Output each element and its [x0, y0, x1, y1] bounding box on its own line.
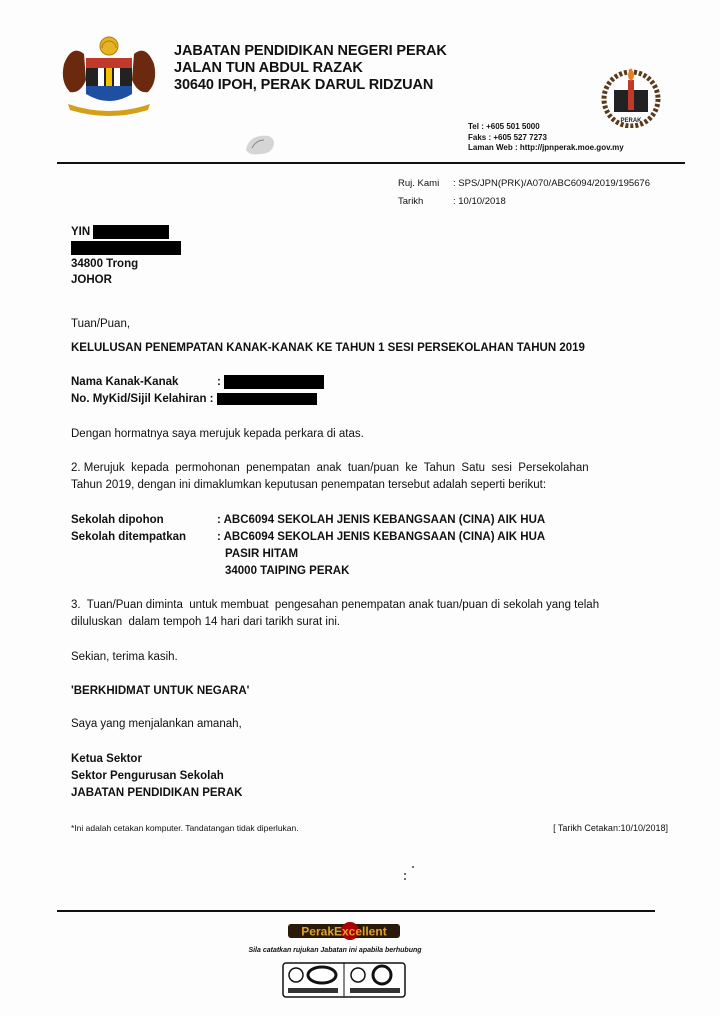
- mykid-label: No. MyKid/Sijil Kelahiran :: [71, 393, 214, 405]
- perak-education-emblem-icon: PERAK: [600, 66, 662, 128]
- child-name-label: Nama Kanak-Kanak: [71, 374, 217, 391]
- signatory-title: Ketua Sektor: [71, 751, 242, 768]
- speck: [404, 878, 406, 880]
- placed-school-addr1: PASIR HITAM: [217, 546, 298, 563]
- motto: 'BERKHIDMAT UNTUK NEGARA': [71, 683, 249, 700]
- redaction-bar: [224, 375, 324, 389]
- speck: [404, 873, 406, 875]
- contact-fax: Faks : +605 527 7273: [468, 133, 624, 144]
- org-name: JABATAN PENDIDIKAN NEGERI PERAK: [174, 43, 447, 60]
- org-street: JALAN TUN ABDUL RAZAK: [174, 60, 447, 77]
- paragraph-1: Dengan hormatnya saya merujuk kepada per…: [71, 426, 364, 443]
- trust-line: Saya yang menjalankan amanah,: [71, 716, 242, 733]
- placed-school-value: : ABC6094 SEKOLAH JENIS KEBANGSAAN (CINA…: [217, 529, 545, 546]
- applied-school-label: Sekolah dipohon: [71, 512, 217, 529]
- malaysia-coat-of-arms-icon: [58, 34, 160, 116]
- reference-block: Ruj. Kami: SPS/JPN(PRK)/A070/ABC6094/201…: [398, 175, 650, 211]
- redaction-bar: [71, 241, 181, 255]
- footer-tagline: Sila catatkan rujukan Jabatan ini apabil…: [0, 947, 670, 954]
- signatory-dept: JABATAN PENDIDIKAN PERAK: [71, 785, 242, 802]
- contact-info: Tel : +605 501 5000 Faks : +605 527 7273…: [468, 122, 624, 154]
- ruj-label: Ruj. Kami: [398, 175, 453, 193]
- recipient-postcode: 34800 Trong: [71, 256, 181, 272]
- child-info: Nama Kanak-Kanak: No. MyKid/Sijil Kelahi…: [71, 374, 324, 408]
- placed-school-addr2: 34000 TAIPING PERAK: [217, 563, 349, 580]
- svg-text:PerakExcellent: PerakExcellent: [301, 925, 386, 939]
- recipient-name: YIN: [71, 226, 90, 238]
- footer-divider: [57, 910, 655, 912]
- print-date: [ Tarikh Cetakan:10/10/2018]: [553, 823, 668, 833]
- perak-excellent-logo-icon: PerakExcellent: [288, 922, 400, 940]
- closing: Sekian, terima kasih.: [71, 649, 178, 666]
- header-divider: [57, 162, 685, 164]
- contact-web: Laman Web : http://jpnperak.moe.gov.my: [468, 143, 624, 154]
- recipient-state: JOHOR: [71, 272, 181, 288]
- ink-smudge-icon: [242, 132, 278, 158]
- ruj-value: : SPS/JPN(PRK)/A070/ABC6094/2019/195676: [453, 178, 650, 189]
- signatory-block: Ketua Sektor Sektor Pengurusan Sekolah J…: [71, 751, 242, 802]
- redaction-bar: [93, 225, 169, 239]
- placed-school-label: Sekolah ditempatkan: [71, 529, 217, 546]
- redaction-bar: [217, 393, 317, 405]
- applied-school-value: : ABC6094 SEKOLAH JENIS KEBANGSAAN (CINA…: [217, 512, 545, 529]
- school-info: Sekolah dipohon: ABC6094 SEKOLAH JENIS K…: [71, 512, 545, 580]
- iso-certification-badges-icon: [282, 962, 406, 998]
- org-city: 30640 IPOH, PERAK DARUL RIDZUAN: [174, 77, 447, 94]
- contact-tel: Tel : +605 501 5000: [468, 122, 624, 133]
- svg-text:PERAK: PERAK: [620, 118, 642, 124]
- recipient-address: YIN 34800 Trong JOHOR: [71, 224, 181, 288]
- paragraph-3: 3. Tuan/Puan diminta untuk membuat penge…: [71, 597, 599, 631]
- tarikh-label: Tarikh: [398, 193, 453, 211]
- organization-name-block: JABATAN PENDIDIKAN NEGERI PERAK JALAN TU…: [174, 43, 447, 94]
- subject: KELULUSAN PENEMPATAN KANAK-KANAK KE TAHU…: [71, 340, 585, 357]
- signatory-sector: Sektor Pengurusan Sekolah: [71, 768, 242, 785]
- paragraph-2: 2. Merujuk kepada permohonan penempatan …: [71, 460, 661, 494]
- tarikh-value: : 10/10/2018: [453, 196, 506, 207]
- computer-print-note: *Ini adalah cetakan komputer. Tandatanga…: [71, 823, 299, 833]
- speck: [412, 866, 414, 868]
- salutation: Tuan/Puan,: [71, 316, 130, 333]
